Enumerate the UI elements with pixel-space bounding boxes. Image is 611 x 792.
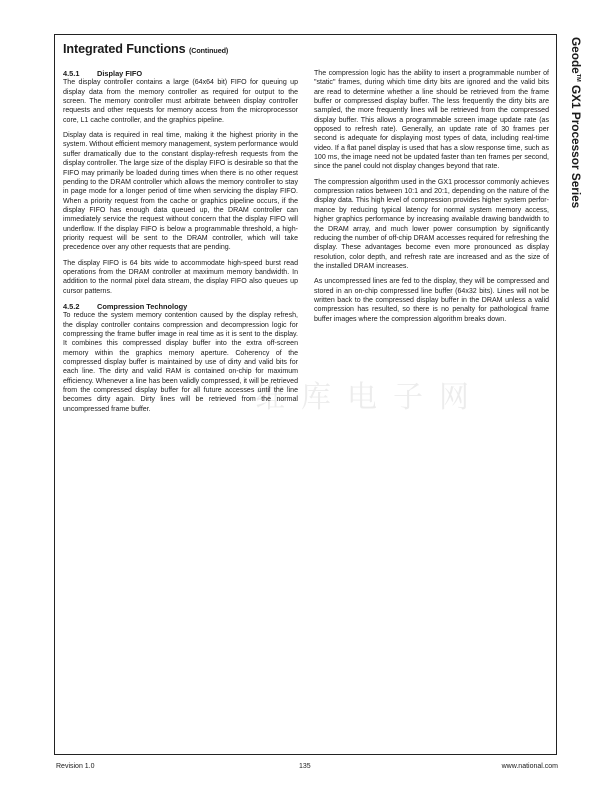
page-title-suffix: (Continued) (189, 46, 228, 55)
section-title: Display FIFO (97, 69, 142, 78)
product-name: GX1 Processor Series (569, 85, 583, 208)
paragraph: As uncompressed lines are fed to the dis… (314, 277, 549, 324)
paragraph: The display controller contains a large … (63, 78, 298, 125)
paragraph: To reduce the system memory contention c… (63, 311, 298, 414)
section-heading-display-fifo: 4.5.1Display FIFO (63, 69, 298, 78)
right-column: The compression logic has the ability to… (314, 69, 549, 330)
section-number: 4.5.2 (63, 302, 97, 311)
section-title: Compression Technology (97, 302, 187, 311)
side-title-text: GeodeTM GX1 Processor Series (569, 37, 583, 208)
page-title: Integrated Functions (Continued) (63, 42, 228, 56)
brand-name: Geode (569, 37, 583, 74)
footer-page-number: 135 (299, 763, 311, 770)
page-title-text: Integrated Functions (63, 42, 186, 56)
paragraph: The compression algorithm used in the GX… (314, 178, 549, 271)
section-number: 4.5.1 (63, 69, 97, 78)
footer-website: www.national.com (502, 763, 558, 770)
footer-revision: Revision 1.0 (56, 763, 95, 770)
trademark-symbol: TM (575, 74, 581, 82)
side-title: GeodeTM GX1 Processor Series (563, 37, 583, 217)
paragraph: The compression logic has the ability to… (314, 69, 549, 172)
paragraph: The display FIFO is 64 bits wide to acco… (63, 259, 298, 296)
paragraph: Display data is required in real time, m… (63, 131, 298, 252)
section-heading-compression: 4.5.2Compression Technology (63, 302, 298, 311)
left-column: 4.5.1Display FIFO The display controller… (63, 69, 298, 420)
